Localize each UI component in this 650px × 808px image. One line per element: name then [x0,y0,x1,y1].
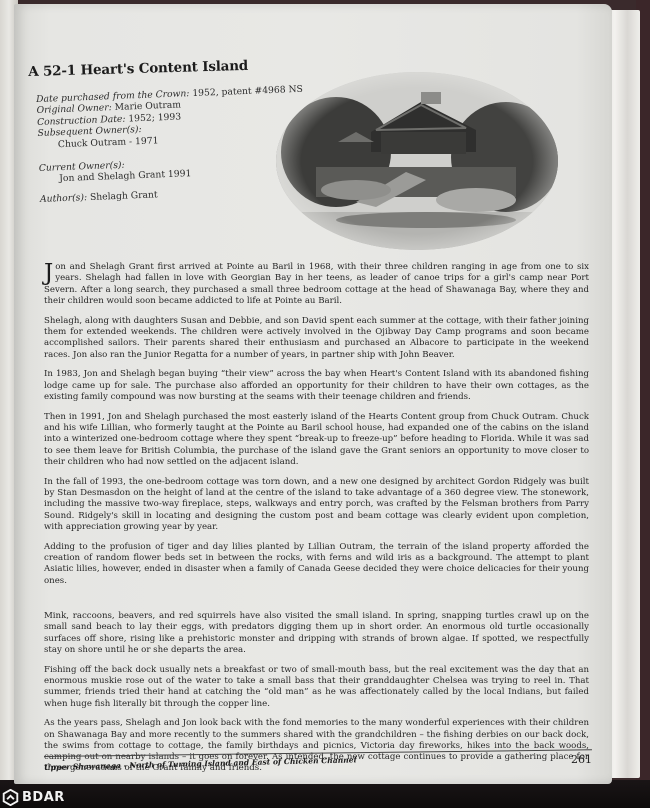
photo-vignette [276,72,558,250]
construction-date-value: 1952; 1993 [128,111,181,124]
watermark: BDAR [2,788,65,806]
paragraph-7: Mink, raccoons, beavers, and red squirre… [44,611,589,656]
drop-cap: J [44,263,55,283]
bdar-logo-icon [2,789,19,806]
authors-label: Author(s): [40,192,87,205]
cottage-photo [276,72,558,250]
article-body: Jon and Shelagh Grant first arrived at P… [44,262,589,783]
watermark-text: BDAR [22,790,65,805]
paragraph-8: Fishing off the back dock usually nets a… [44,665,589,710]
paragraph-2: Shelagh, along with daughters Susan and … [44,316,589,361]
book-page: A 52-1 Heart's Content Island Date purch… [14,4,612,784]
paragraph-3: In 1983, Jon and Shelagh began buying “t… [44,369,589,403]
paragraph-5: In the fall of 1993, the one-bedroom cot… [44,477,589,533]
authors-value: Shelagh Grant [90,189,158,203]
paragraph-6: Adding to the profusion of tiger and day… [44,542,589,587]
page-number: 261 [571,753,592,766]
photographed-book: A 52-1 Heart's Content Island Date purch… [0,0,650,808]
page-title: A 52-1 Heart's Content Island [28,58,248,80]
paragraph-4: Then in 1991, Jon and Shelagh purchased … [44,412,589,468]
property-metadata: Date purchased from the Crown: 1952, pat… [36,85,270,205]
dark-background [0,780,650,808]
paragraph-1: Jon and Shelagh Grant first arrived at P… [44,262,589,307]
